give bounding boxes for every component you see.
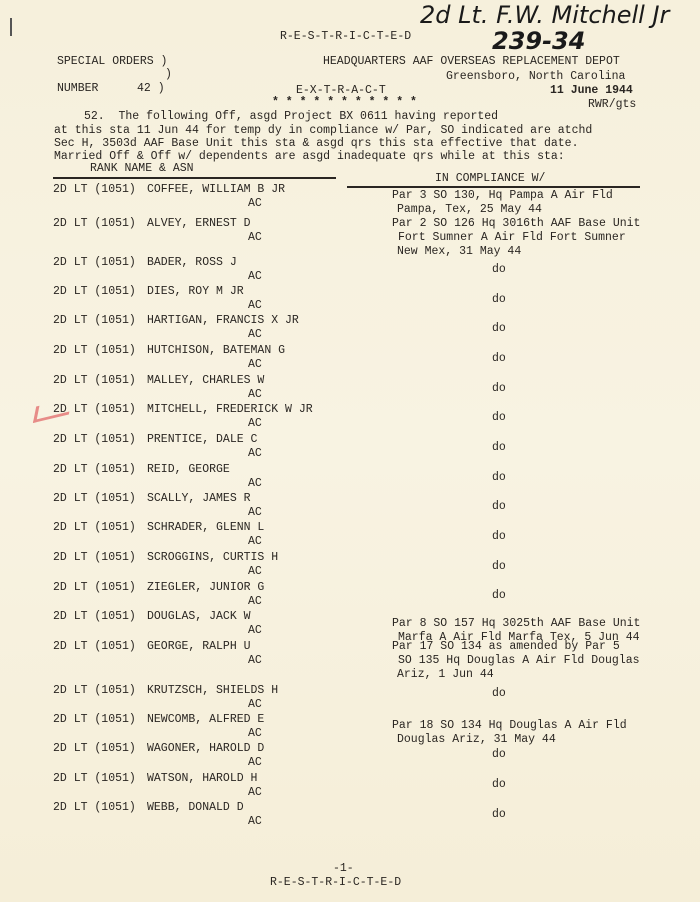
row-rank: 2D LT (1051)	[53, 344, 136, 357]
paragraph-line-3: Sec H, 3503d AAF Base Unit this sta & as…	[54, 137, 579, 150]
row-rank: 2D LT (1051)	[53, 285, 136, 298]
row-branch: AC	[248, 698, 262, 711]
row-compliance-ditto: do	[492, 441, 506, 454]
col-header-compliance: IN COMPLIANCE W/	[435, 172, 545, 185]
row-compliance-line: Par 8 SO 157 Hq 3025th AAF Base Unit	[392, 617, 640, 630]
row-compliance-line: New Mex, 31 May 44	[397, 245, 521, 258]
row-compliance-line: Pampa, Tex, 25 May 44	[397, 203, 542, 216]
row-compliance-ditto: do	[492, 322, 506, 335]
row-name: BADER, ROSS J	[147, 256, 237, 269]
row-rank: 2D LT (1051)	[53, 183, 136, 196]
row-rank: 2D LT (1051)	[53, 772, 136, 785]
row-compliance-line: Par 3 SO 130, Hq Pampa A Air Fld	[392, 189, 613, 202]
row-branch: AC	[248, 506, 262, 519]
row-branch: AC	[248, 786, 262, 799]
row-branch: AC	[248, 654, 262, 667]
row-rank: 2D LT (1051)	[53, 640, 136, 653]
row-name: ZIEGLER, JUNIOR G	[147, 581, 264, 594]
row-rank: 2D LT (1051)	[53, 610, 136, 623]
row-rank: 2D LT (1051)	[53, 217, 136, 230]
row-rank: 2D LT (1051)	[53, 433, 136, 446]
row-name: MALLEY, CHARLES W	[147, 374, 264, 387]
row-name: ALVEY, ERNEST D	[147, 217, 251, 230]
row-compliance-ditto: do	[492, 748, 506, 761]
row-compliance-ditto: do	[492, 293, 506, 306]
row-branch: AC	[248, 595, 262, 608]
row-compliance-ditto: do	[492, 778, 506, 791]
row-compliance-ditto: do	[492, 589, 506, 602]
row-compliance-ditto: do	[492, 500, 506, 513]
paragraph-line-1: 52. The following Off, asgd Project BX 0…	[84, 110, 498, 123]
initials: RWR/gts	[588, 98, 636, 111]
scan-margin	[0, 902, 700, 916]
bracket: )	[165, 68, 172, 81]
row-compliance-ditto: do	[492, 808, 506, 821]
row-rank: 2D LT (1051)	[53, 463, 136, 476]
order-number: 42 )	[137, 82, 165, 95]
row-rank: 2D LT (1051)	[53, 684, 136, 697]
row-name: PRENTICE, DALE C	[147, 433, 257, 446]
row-branch: AC	[248, 447, 262, 460]
row-name: WAGONER, HAROLD D	[147, 742, 264, 755]
row-name: SCROGGINS, CURTIS H	[147, 551, 278, 564]
row-compliance-ditto: do	[492, 687, 506, 700]
row-rank: 2D LT (1051)	[53, 403, 136, 416]
row-name: DIES, ROY M JR	[147, 285, 244, 298]
row-compliance-ditto: do	[492, 471, 506, 484]
row-rank: 2D LT (1051)	[53, 314, 136, 327]
row-compliance-ditto: do	[492, 530, 506, 543]
paragraph-line-2: at this sta 11 Jun 44 for temp dy in com…	[54, 124, 592, 137]
row-compliance-line: Par 2 SO 126 Hq 3016th AAF Base Unit	[392, 217, 640, 230]
row-rank: 2D LT (1051)	[53, 581, 136, 594]
row-name: WEBB, DONALD D	[147, 801, 244, 814]
row-branch: AC	[248, 231, 262, 244]
handwritten-name: 2d Lt. F.W. Mitchell Jr	[420, 2, 669, 28]
row-compliance-line: Par 18 SO 134 Hq Douglas A Air Fld	[392, 719, 627, 732]
row-name: KRUTZSCH, SHIELDS H	[147, 684, 278, 697]
row-name: MITCHELL, FREDERICK W JR	[147, 403, 313, 416]
row-branch: AC	[248, 477, 262, 490]
stars-divider: * * * * * * * * * * *	[272, 96, 417, 109]
number-label: NUMBER	[57, 82, 98, 95]
row-name: GEORGE, RALPH U	[147, 640, 251, 653]
row-name: SCHRADER, GLENN L	[147, 521, 264, 534]
row-branch: AC	[248, 727, 262, 740]
row-compliance-ditto: do	[492, 411, 506, 424]
pencil-mark	[10, 18, 12, 36]
row-name: SCALLY, JAMES R	[147, 492, 251, 505]
classification-bottom: R-E-S-T-R-I-C-T-E-D	[270, 876, 401, 889]
row-branch: AC	[248, 388, 262, 401]
row-branch: AC	[248, 358, 262, 371]
row-rank: 2D LT (1051)	[53, 521, 136, 534]
row-branch: AC	[248, 328, 262, 341]
handwritten-number: 239-34	[492, 28, 585, 54]
special-orders-label: SPECIAL ORDERS )	[57, 55, 167, 68]
header-rule-left	[53, 177, 336, 179]
row-rank: 2D LT (1051)	[53, 742, 136, 755]
location: Greensboro, North Carolina	[446, 70, 625, 83]
row-compliance-line: SO 135 Hq Douglas A Air Fld Douglas	[398, 654, 640, 667]
row-name: NEWCOMB, ALFRED E	[147, 713, 264, 726]
row-compliance-line: Fort Sumner A Air Fld Fort Sumner	[398, 231, 626, 244]
row-name: HARTIGAN, FRANCIS X JR	[147, 314, 299, 327]
row-name: HUTCHISON, BATEMAN G	[147, 344, 285, 357]
row-compliance-line: Par 17 SO 134 as amended by Par 5	[392, 640, 620, 653]
row-rank: 2D LT (1051)	[53, 256, 136, 269]
row-name: COFFEE, WILLIAM B JR	[147, 183, 285, 196]
header-rule-right	[347, 186, 640, 188]
row-branch: AC	[248, 535, 262, 548]
col-header-rank-name: RANK NAME & ASN	[90, 162, 194, 175]
row-branch: AC	[248, 815, 262, 828]
row-name: REID, GEORGE	[147, 463, 230, 476]
row-name: WATSON, HAROLD H	[147, 772, 257, 785]
row-compliance-line: Ariz, 1 Jun 44	[397, 668, 494, 681]
row-compliance-ditto: do	[492, 352, 506, 365]
row-branch: AC	[248, 756, 262, 769]
row-rank: 2D LT (1051)	[53, 713, 136, 726]
row-compliance-ditto: do	[492, 263, 506, 276]
row-branch: AC	[248, 624, 262, 637]
row-rank: 2D LT (1051)	[53, 374, 136, 387]
row-branch: AC	[248, 417, 262, 430]
row-compliance-ditto: do	[492, 560, 506, 573]
row-compliance-ditto: do	[492, 382, 506, 395]
row-branch: AC	[248, 565, 262, 578]
row-compliance-line: Douglas Ariz, 31 May 44	[397, 733, 556, 746]
row-branch: AC	[248, 299, 262, 312]
order-date: 11 June 1944	[550, 84, 633, 97]
row-rank: 2D LT (1051)	[53, 551, 136, 564]
headquarters: HEADQUARTERS AAF OVERSEAS REPLACEMENT DE…	[323, 55, 620, 68]
row-branch: AC	[248, 197, 262, 210]
row-rank: 2D LT (1051)	[53, 492, 136, 505]
row-rank: 2D LT (1051)	[53, 801, 136, 814]
row-branch: AC	[248, 270, 262, 283]
row-name: DOUGLAS, JACK W	[147, 610, 251, 623]
page-number: -1-	[333, 862, 354, 875]
classification-top: R-E-S-T-R-I-C-T-E-D	[280, 30, 411, 43]
